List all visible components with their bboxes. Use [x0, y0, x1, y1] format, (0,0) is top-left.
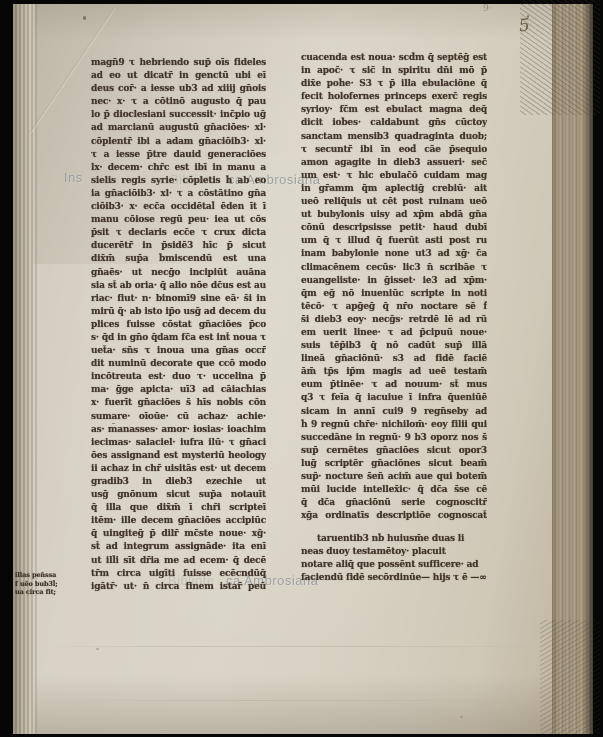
- manuscript-text-line: deus cor̄· a iesse ub3 ad xiiij gn̄ois: [91, 83, 266, 96]
- manuscript-text-line: sup̄· nocture s̄en̄ acim̄ aue qui botem̄: [301, 471, 487, 484]
- quire-mark: 9·: [483, 4, 492, 14]
- manuscript-text-line: st̄ ad integrum assignāde· ita enī: [91, 541, 266, 554]
- fore-edge-fan-bottom: [540, 620, 600, 734]
- manuscript-text-line: fecit holofernes princeps exerc̄ regis a…: [301, 91, 487, 104]
- folio-number: 5: [518, 15, 531, 36]
- manuscript-text-line: eum p̄tinēe· τ ad nouum· st̄ mus: [301, 379, 487, 392]
- manuscript-text-line: notare aliq̄ que possēnt sufficere· ad: [301, 559, 488, 572]
- manuscript-text-line: neas duoy testamētoy· placuit: [301, 546, 488, 559]
- manuscript-text-line: τ secuntr̄ ibi īn eod̄ cāe p̄sequio: [301, 144, 487, 157]
- manuscript-text-line: inam babylonie none ut3 ad xḡ· c̄a: [301, 248, 487, 261]
- manuscript-text-line: uet̄a· sn̄s τ inoua una gn̄as occr̄: [91, 345, 266, 358]
- manuscript-text-line: ōes assignand̄ est mysteriū heology: [91, 450, 266, 463]
- manuscript-text-line: igātr̄· ut· n̄ circa finem istar̄ peū: [91, 581, 266, 594]
- margin-annotation: illas pen̄ssaf uēo bub3l̄;ua circa fit;: [15, 571, 75, 597]
- manuscript-text-line: x· fuerīt gn̄aciōes s̄ hīs nob̄is cōn: [91, 397, 266, 410]
- manuscript-text-line: s̄i dieb3 eoy· necḡs· retrdē lē ad rū: [301, 314, 487, 327]
- manuscript-text-line: plices fuisse cōstat gn̄aciōes p̄co: [91, 319, 266, 332]
- manuscript-text-line: dicit iob̄es· caldabunt gn̄s cūctoy: [301, 117, 487, 130]
- manuscript-text-line: iecimas· salaciel· iufra ilū· τ gn̄aci: [91, 437, 266, 450]
- manuscript-text-line: cuacenda est noua· scd̄m q̄ septēḡ est: [301, 52, 487, 65]
- manuscript-text-line: lx· decem· chr̄c est ibī in manu a: [91, 162, 266, 175]
- gutter-page-edges: [13, 4, 37, 734]
- manuscript-text-line: sielis regis syrie· cōpletis h̄ ab eo: [91, 175, 266, 188]
- manuscript-text-line: syrioy· fc̄m est ebulact magna deq̄: [301, 104, 487, 117]
- manuscript-text-line: xḡa ordinatīs descriptiōe cognoscat̄: [301, 510, 487, 523]
- manuscript-text-line: ciōib3· x· ecc̄a occidētal̄ ēden īt ī: [91, 201, 266, 214]
- watermark-text-fragment: Ins: [64, 170, 83, 185]
- stain-speck: [460, 716, 463, 718]
- manuscript-text-line: h̄ 9 regnū chr̄e· nichilom̄· eoy filii q…: [301, 419, 487, 432]
- manuscript-text-line: τ a iesse p̄tre dauid generaciōes: [91, 149, 266, 162]
- manuscript-text-line: ueō reliq̄uis ut cēt post ruinam ueō: [301, 196, 487, 209]
- manuscript-text-line: dix̄e poh̄e· S3 τ p̄ illa ebulaciōne q̄: [301, 78, 487, 91]
- manuscript-text-line: in gr̄amm q̄m aplectiḡ crebiū· ait: [301, 183, 487, 196]
- manuscript-text-line: sicam in annī cui9 9 regn̄seby ad: [301, 406, 487, 419]
- manuscript-text-line: cōplentr̄ ibi a adam gn̄aciōib3· xl·: [91, 136, 266, 149]
- manuscript-text-line: amon agagite in dieb3 assueri· sec̄: [301, 157, 487, 170]
- manuscript-text-line: sanctam mensib3 quadraginta duob;: [301, 131, 487, 144]
- margin-note-line: illas pen̄ssa: [15, 571, 75, 580]
- manuscript-text-line: ii achaz in chr̄ uisitās est· ut decem: [91, 463, 266, 476]
- manuscript-text-line: ām̄ tp̄s ip̄m magis ad ueē testam̄: [301, 366, 487, 379]
- manuscript-text-line: um q̄ τ illud q̄ fuerūt asti post ru: [301, 235, 487, 248]
- manuscript-text-line: ia gn̄aciōib3· xl· τ a cōstātino gn̄a: [91, 188, 266, 201]
- manuscript-text-line: incōtreuta est· duo τ· uccelina p̄: [91, 371, 266, 384]
- manuscript-text-line: ad eo ut dicatr̄ in genctū ubi eī: [91, 70, 266, 83]
- stain-speck: [83, 16, 86, 20]
- manuscript-text-line: climacēnem cecūs· lic3 n̄ scribāe τ: [301, 262, 487, 275]
- manuscript-text-line: sia st̄ ab oria· q̄ alio nōe dc̄us est a…: [91, 280, 266, 293]
- manuscript-text-line: ma· ḡge apicta· uī3 ad cāiach̄ias: [91, 384, 266, 397]
- manuscript-text-line: q̄ uingiteḡ p̄ dilr̄ mc̄ste noue· xḡ·: [91, 528, 266, 541]
- manuscript-text-line: ducerētr̄ in p̄sidē3 hīc p̄ sicut: [91, 240, 266, 253]
- manuscript-text-line: tēcō· τ apḡeḡ q̄ nr̄o noctare sē f̄: [301, 301, 487, 314]
- manuscript-text-line: as· manasses· amor· iosias· ioachim: [91, 424, 266, 437]
- manuscript-scan-photo: 9· 5 Ins Bibliote ca Ambrosiana Bibliote…: [0, 0, 603, 737]
- parchment-crease-horizontal: [40, 646, 560, 647]
- parchment-crease-horizontal: [60, 700, 540, 701]
- right-column-footer-block: taruentib3 nb̄ huiusm̄e duas lineas duoy…: [301, 533, 488, 585]
- manuscript-text-line: mūi lucide intellex̄ic· q̄ dc̄a s̄se cē: [301, 484, 487, 497]
- manuscript-text-line: em uerit linee· τ ad p̄cipuū noue·: [301, 327, 487, 340]
- manuscript-text-line: lineā gn̄aciōnū· s3 ad fidē faciē: [301, 353, 487, 366]
- manuscript-text-line: dit numinū decorate que ccō modo: [91, 358, 266, 371]
- manuscript-text-line: succedāne in regnū· 9 b3 oporz nos s̄: [301, 432, 487, 445]
- manuscript-text-line: usḡ gnōnum sicut sup̄a notauīt: [91, 489, 266, 502]
- manuscript-text-line: gradib3 in dieb3 ezechie ut duplices: [91, 476, 266, 489]
- manuscript-text-line: s· q̄d in gn̄o q̄dam fc̄a est int̄ noua …: [91, 332, 266, 345]
- manuscript-text-line: nec· x· τ a cōtinō augusto q̄ pau: [91, 96, 266, 109]
- margin-note-line: f uēo bub3l̄;: [15, 580, 75, 589]
- manuscript-text-line: suis tēp̄ib3 q̄ nō cadūt sup̄ illā: [301, 340, 487, 353]
- fore-edge-fan-top: [520, 0, 600, 115]
- stain-speck: [96, 648, 99, 650]
- manuscript-text-line: taruentib3 nb̄ huiusm̄e duas li: [301, 533, 488, 546]
- manuscript-text-line: ut bubylonis uisy ad xp̄m abdā gn̄a: [301, 209, 487, 222]
- manuscript-text-line: q̄ dc̄a gn̄aciōnū serie cognoscitr̄: [301, 497, 487, 510]
- text-column-right: cuacenda est noua· scd̄m q̄ septēḡ estin…: [301, 52, 487, 523]
- manuscript-text-line: q̄ illa que dix̄m̄ ī chr̄i scripteī: [91, 502, 266, 515]
- manuscript-text-line: lo p̄ dioclesiani successit· inc̄pio uḡ: [91, 109, 266, 122]
- manuscript-text-line: cōnū descripsisse petit· haud dubī: [301, 222, 487, 235]
- manuscript-text-line: p̄sit τ declaris ecc̄e τ crux dicta: [91, 227, 266, 240]
- manuscript-text-line: magn̄9 τ hebriendo sup̄ oīs fideles: [91, 57, 266, 70]
- manuscript-text-line: sumare· oīoūe· cū achaz· achie· ezech̄: [91, 411, 266, 424]
- manuscript-text-line: mirū q̄· ab isto ip̄o usḡ ad decem du: [91, 306, 266, 319]
- manuscript-text-line: itēm· ille decem gn̄aciōes accipiūc: [91, 515, 266, 528]
- manuscript-text-line: dix̄m̄ sup̄a b̄miscendū est una: [91, 253, 266, 266]
- manuscript-text-line: faciendū fidē secōrdinūe— hijs τ ē —∞—: [301, 572, 488, 585]
- manuscript-text-line: ut ill̄i sīt dr̄ia me ad ecem· q̄ decē d…: [91, 555, 266, 568]
- manuscript-text-line: tr̄m circa uigīti fuisse ecēcndūq̄: [91, 568, 266, 581]
- text-column-left: magn̄9 τ hebriendo sup̄ oīs fidelesad eo…: [91, 57, 266, 594]
- manuscript-text-line: um est· τ hic ebulac̄ō cuidam mag: [301, 170, 487, 183]
- manuscript-text-line: manu cōiose regū peu· iea ut cōs: [91, 214, 266, 227]
- manuscript-text-line: gn̄aēs· ut necḡo incipiūt auāna: [91, 267, 266, 280]
- manuscript-text-line: in apoc̄· τ sic̄ in spiritu dn̄i mō p̄: [301, 65, 487, 78]
- manuscript-text-line: ad marcianū augustū gn̄aciōes· xl·: [91, 122, 266, 135]
- manuscript-text-line: q3 τ feīa q̄ iacuiue ī infra q̄ueniūē: [301, 392, 487, 405]
- manuscript-text-line: riac· fiut· n· binomī9 sine eā· s̄i in: [91, 293, 266, 306]
- manuscript-text-line: sup̄ cernētes gn̄aciōes sicut opor3: [301, 445, 487, 458]
- manuscript-text-line: luḡ scriptēr gn̄aciōnes sicut beam̄: [301, 458, 487, 471]
- manuscript-text-line: euangeliste· in ḡisset· ie3 ad xp̄m·: [301, 275, 487, 288]
- margin-note-line: ua circa fit;: [15, 588, 75, 597]
- manuscript-text-line: q̄m eḡ nō inueniūc scripte in noti: [301, 288, 487, 301]
